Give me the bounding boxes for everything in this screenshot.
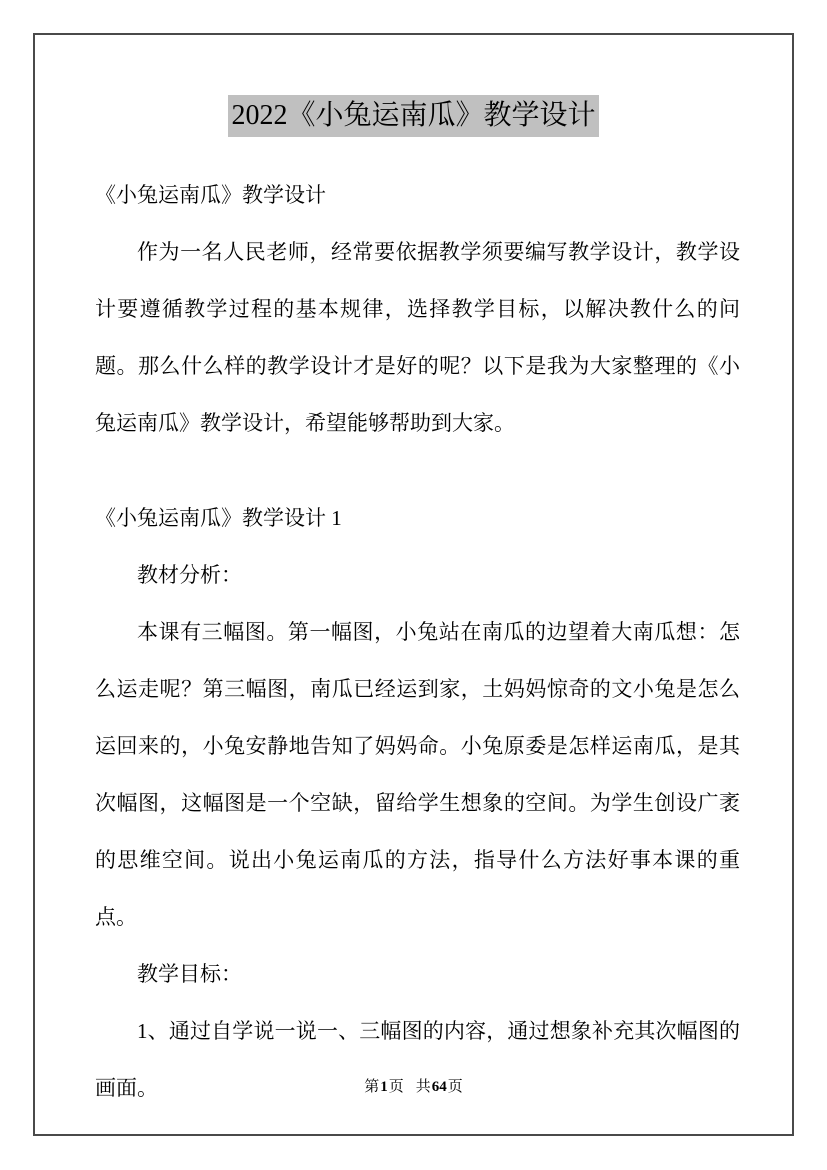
page-title: 2022《小兔运南瓜》教学设计 — [0, 94, 827, 138]
page-title-highlighted-text: 2022《小兔运南瓜》教学设计 — [228, 95, 598, 137]
objective-item-1: 1、通过自学说一说一、三幅图的内容，通过想象补充其次幅图的画面。 — [95, 1003, 740, 1117]
section-heading-design-1: 《小兔运南瓜》教学设计 1 — [95, 490, 740, 547]
footer-page-label-suffix: 页 — [389, 1079, 404, 1095]
doc-subtitle: 《小兔运南瓜》教学设计 — [95, 167, 740, 224]
footer-current-page-number: 1 — [379, 1079, 389, 1095]
footer-total-label-suffix: 页 — [448, 1079, 463, 1095]
footer-total-page-number: 64 — [431, 1079, 448, 1095]
label-teaching-objectives: 教学目标： — [95, 946, 740, 1003]
document-body: 《小兔运南瓜》教学设计 作为一名人民老师，经常要依据教学须要编写教学设计，教学设… — [95, 167, 740, 1117]
textbook-analysis-paragraph: 本课有三幅图。第一幅图，小兔站在南瓜的边望着大南瓜想：怎么运走呢？第三幅图，南瓜… — [95, 604, 740, 946]
footer-page-label-prefix: 第 — [364, 1079, 379, 1095]
paragraph-spacer — [95, 452, 740, 490]
label-textbook-analysis: 教材分析： — [95, 547, 740, 604]
intro-paragraph: 作为一名人民老师，经常要依据教学须要编写教学设计，教学设计要遵循教学过程的基本规… — [95, 224, 740, 452]
footer-total-label-prefix: 共 — [416, 1079, 431, 1095]
page-footer: 第1页共64页 — [0, 1077, 827, 1097]
